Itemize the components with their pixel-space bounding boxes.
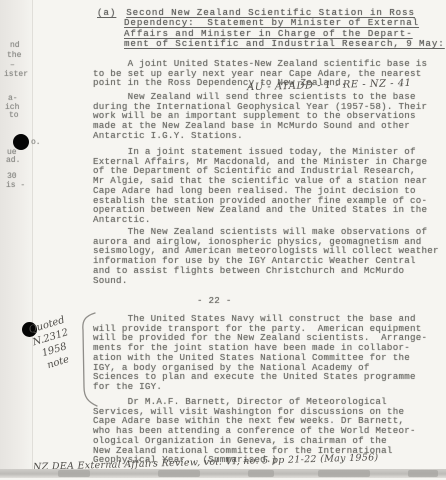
page-number: - 22 -: [197, 296, 232, 306]
paragraph: The New Zealand scientists will make obs…: [93, 227, 439, 285]
margin-bracket-mark: [76, 311, 100, 409]
scan-smudge: [158, 470, 200, 477]
edge-fragment: to: [9, 111, 19, 120]
edge-fragment: –: [10, 61, 15, 70]
edge-fragment: ister: [4, 70, 28, 79]
scan-smudge: [408, 470, 438, 477]
paragraph: New Zealand will send three scientists t…: [93, 92, 427, 141]
edge-fragment: 30: [7, 172, 17, 181]
scan-smudge: [248, 470, 274, 477]
scanned-document-page: nd the – ister a- ich to o. ue ad. 30 is…: [0, 0, 446, 480]
edge-fragment: a-: [8, 94, 18, 103]
scan-smudge: [318, 470, 370, 477]
paragraph: The United States Navy will construct th…: [93, 314, 427, 392]
heading-line: ment of Scientific and Industrial Resear…: [124, 38, 445, 49]
edge-fragment: nd: [10, 41, 20, 50]
edge-fragment: o.: [31, 138, 41, 147]
hole-punch-mark: [13, 134, 29, 150]
edge-fragment: is -: [6, 181, 25, 190]
handwritten-margin-note: Quoted N.2312 1958 note: [27, 314, 78, 375]
scan-smudge: [58, 470, 90, 477]
heading-item-marker: (a): [97, 8, 116, 18]
paragraph: In a joint statement issued today, the M…: [93, 147, 427, 225]
edge-fragment: ad.: [6, 156, 20, 165]
edge-fragment: the: [7, 51, 21, 60]
section-heading: (a) Second New Zealand Scientific Statio…: [97, 8, 445, 49]
